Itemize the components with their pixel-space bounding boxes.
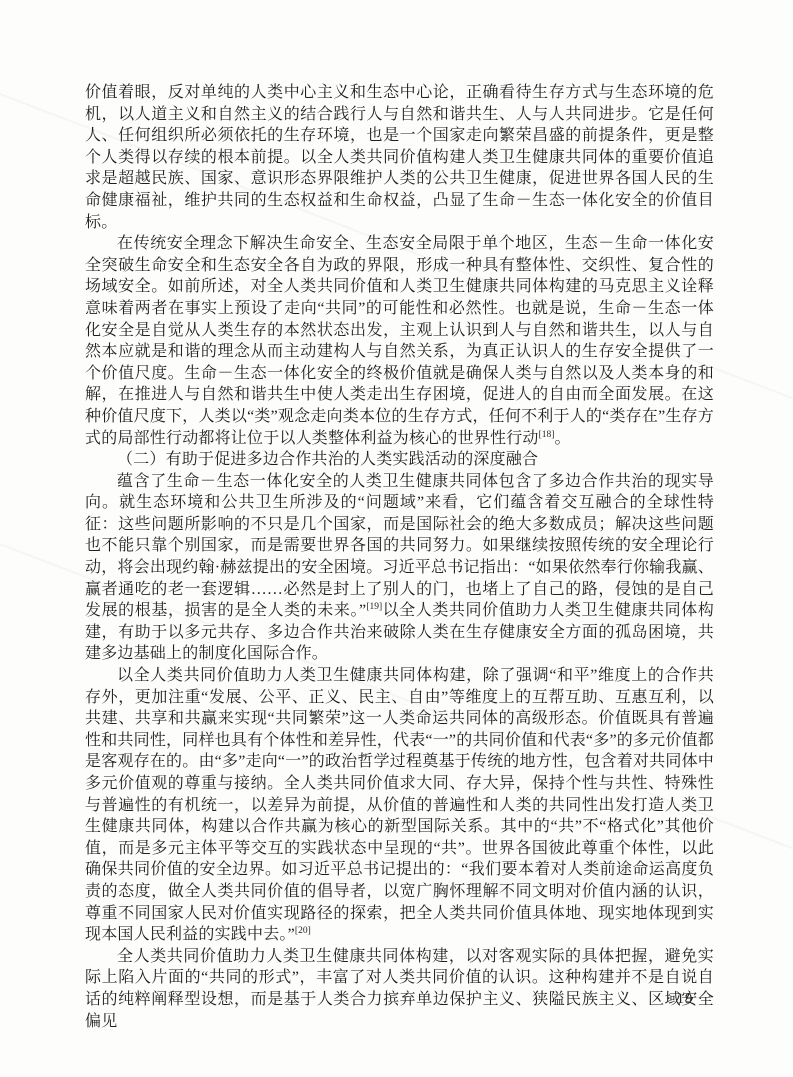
document-page: 价值着眼，反对单纯的人类中心主义和生态中心论，正确看待生存方式与生态环境的危机，… (0, 0, 793, 1077)
paragraph: 蕴含了生命－生态一体化安全的人类卫生健康共同体包含了多边合作共治的现实导向。就生… (85, 471, 714, 665)
page-text-block: 价值着眼，反对单纯的人类中心主义和生态中心论，正确看待生存方式与生态环境的危机，… (85, 82, 714, 1032)
paragraph-text: 在传统安全理念下解决生命安全、生态安全局限于单个地区，生态－生命一体化安全突破生… (85, 235, 714, 446)
paragraph-continuation: 价值着眼，反对单纯的人类中心主义和生态中心论，正确看待生存方式与生态环境的危机，… (85, 82, 714, 233)
paragraph: 在传统安全理念下解决生命安全、生态安全局限于单个地区，生态－生命一体化安全突破生… (85, 233, 714, 449)
paragraph: 以全人类共同价值助力人类卫生健康共同体构建，除了强调“和平”维度上的合作共存外，… (85, 665, 714, 946)
paragraph-text: 蕴含了生命－生态一体化安全的人类卫生健康共同体包含了多边合作共治的现实导向。就生… (85, 473, 714, 620)
page-number: · 19 · (650, 991, 720, 1008)
paragraph-text: 以全人类共同价值助力人类卫生健康共同体构建，除了强调“和平”维度上的合作共存外，… (85, 667, 714, 943)
paragraph: 全人类共同价值助力人类卫生健康共同体构建，以对客观实际的具体把握，避免实际上陷入… (85, 946, 714, 1032)
section-heading: （二）有助于促进多边合作共治的人类实践活动的深度融合 (85, 449, 714, 471)
citation-ref-19: [19] (366, 602, 382, 612)
citation-ref-20: [20] (295, 926, 311, 936)
citation-ref-18: [18] (539, 430, 555, 440)
paragraph-text: 。 (554, 430, 570, 447)
